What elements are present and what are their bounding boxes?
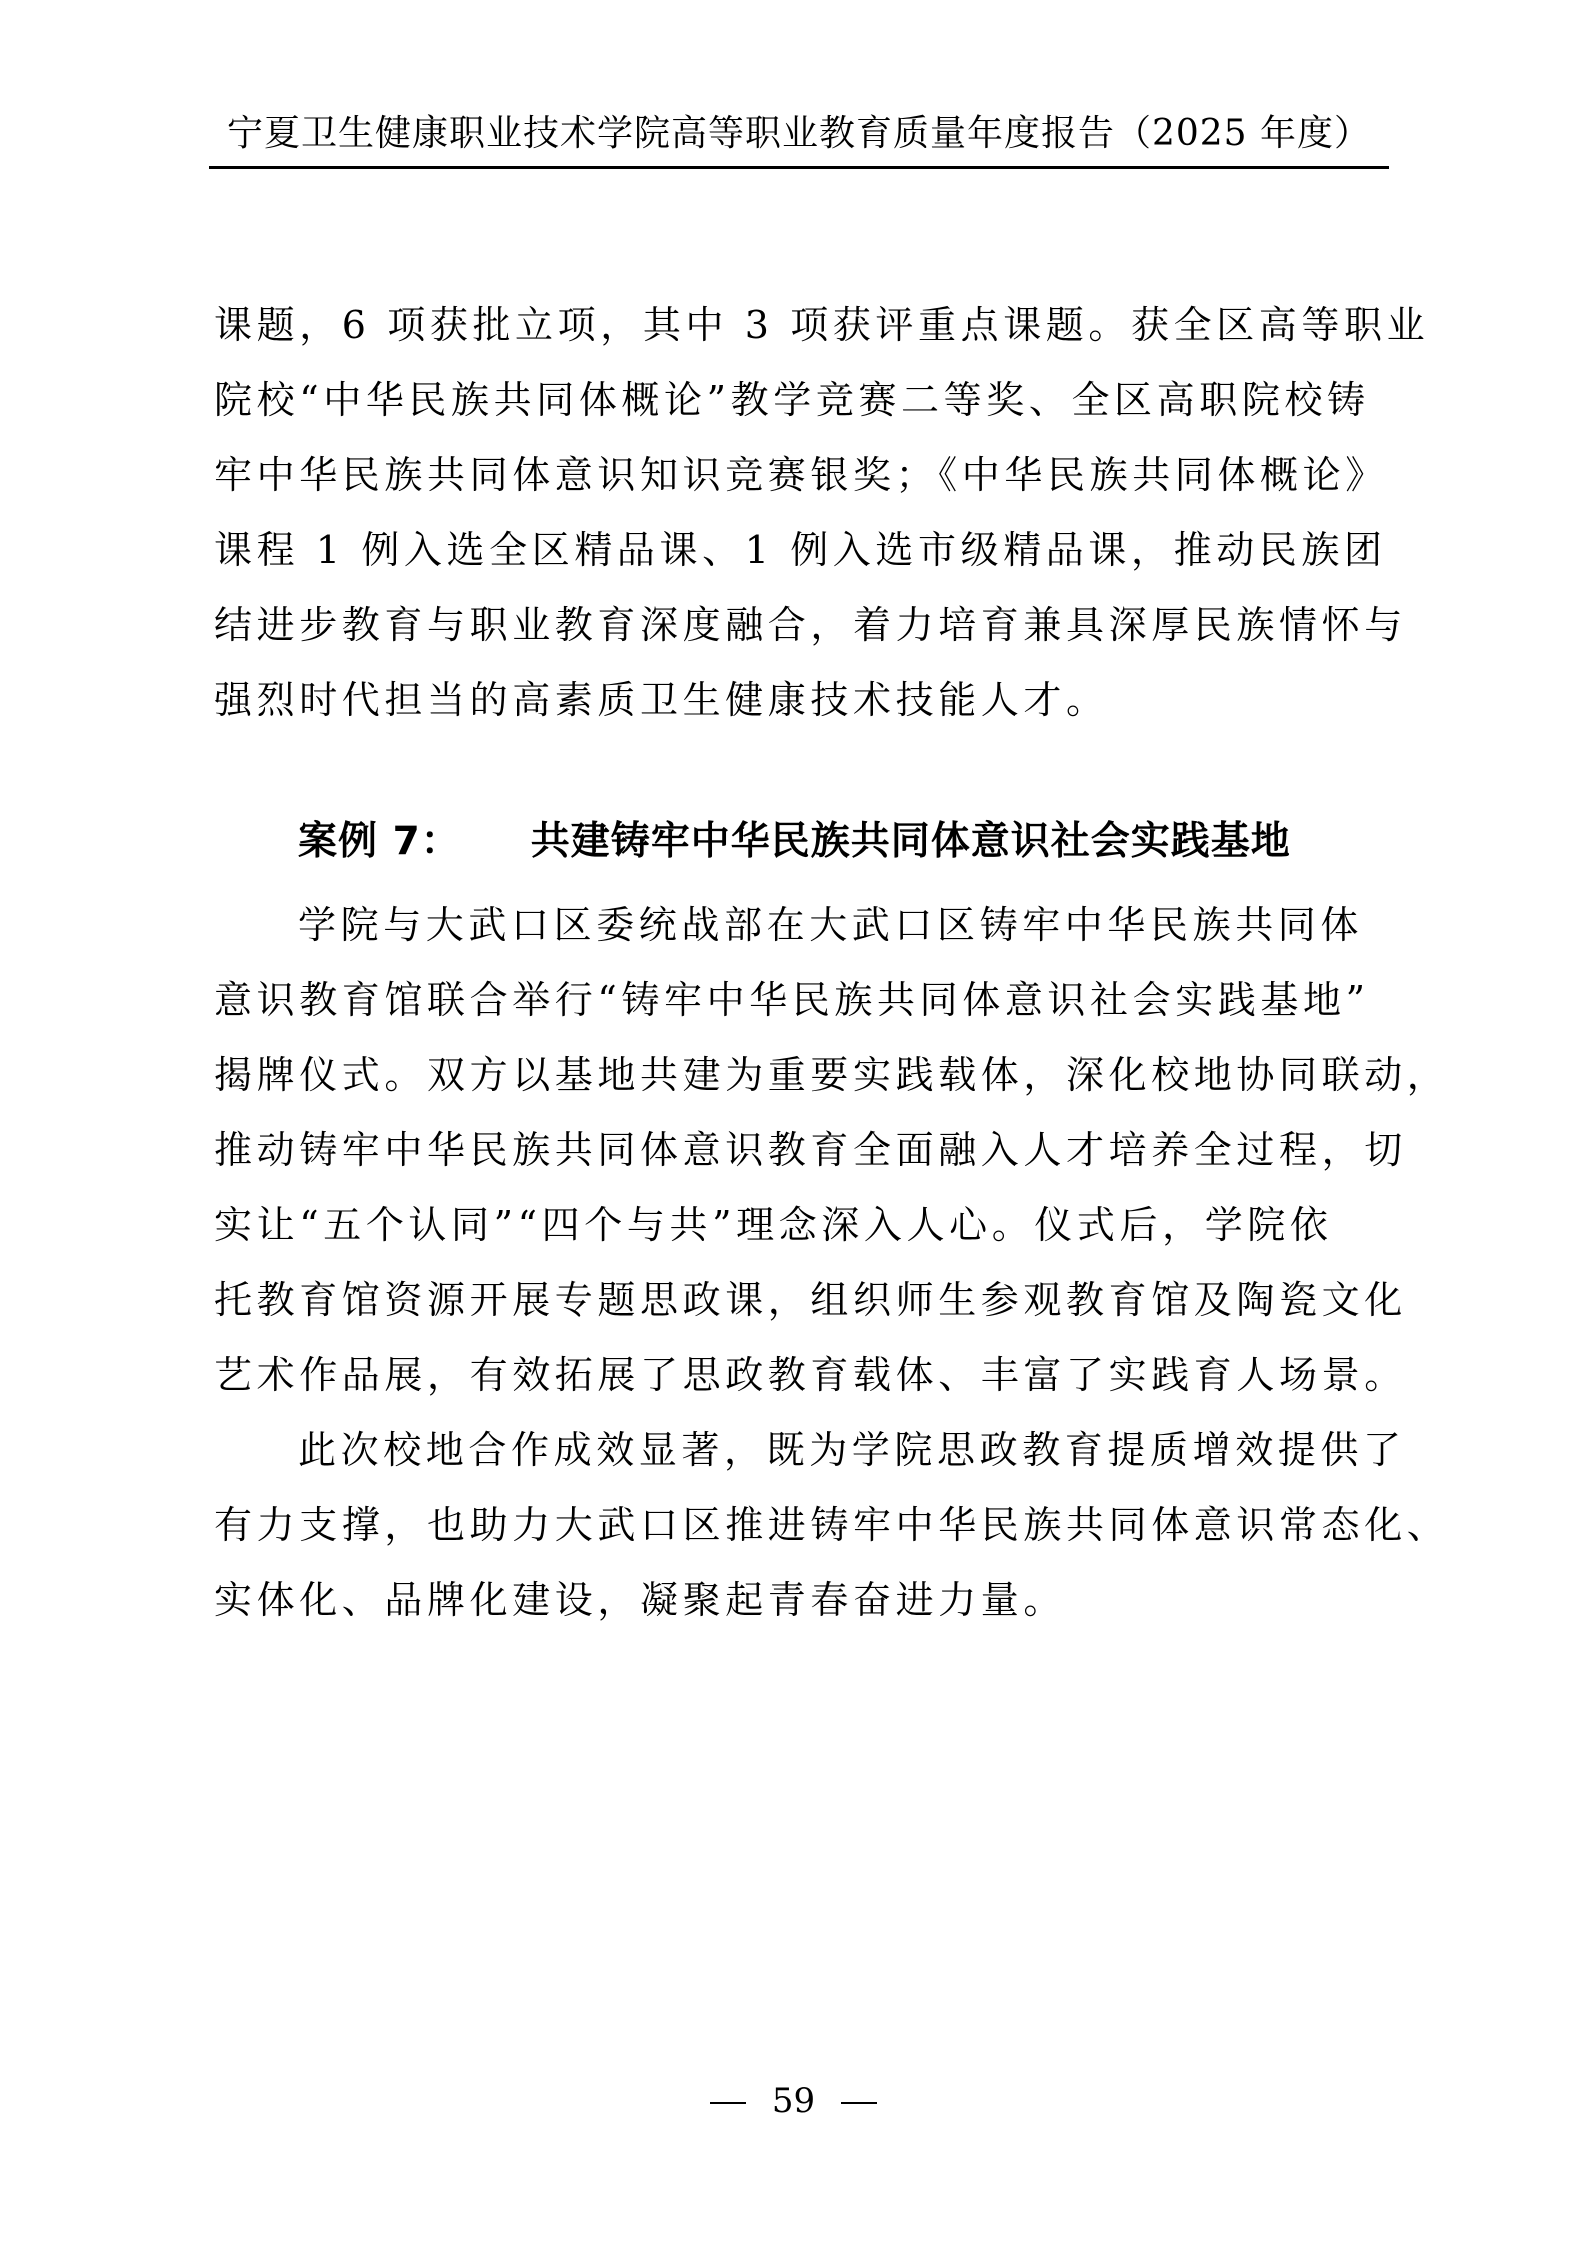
text-line: 课程 1 例入选全区精品课、1 例入选市级精品课，推动民族团 [214,513,1389,588]
text-line: 托教育馆资源开展专题思政课，组织师生参观教育馆及陶瓷文化 [214,1263,1389,1338]
case-title-text: 共建铸牢中华民族共同体意识社会实践基地 [531,819,1291,864]
case-heading: 案例 7：共建铸牢中华民族共同体意识社会实践基地 [298,812,1291,872]
text-line: 有力支撑，也助力大武口区推进铸牢中华民族共同体意识常态化、 [214,1488,1389,1563]
case-label: 案例 7： [298,819,461,864]
dash-decoration [710,2102,746,2104]
text-line: 此次校地合作成效显著，既为学院思政教育提质增效提供了 [214,1413,1389,1488]
page-number-footer: 59 [0,2076,1587,2126]
page-header-title: 宁夏卫生健康职业技术学院高等职业教育质量年度报告（2025 年度） [209,108,1389,160]
text-line: 院校“中华民族共同体概论”教学竞赛二等奖、全区高职院校铸 [214,363,1389,438]
case-paragraph-1: 学院与大武口区委统战部在大武口区铸牢中华民族共同体 意识教育馆联合举行“铸牢中华… [214,888,1389,1413]
text-line: 推动铸牢中华民族共同体意识教育全面融入人才培养全过程，切 [214,1113,1389,1188]
text-line: 牢中华民族共同体意识知识竞赛银奖；《中华民族共同体概论》 [214,438,1389,513]
text-line: 课题，6 项获批立项，其中 3 项获评重点课题。获全区高等职业 [214,288,1389,363]
text-line: 艺术作品展，有效拓展了思政教育载体、丰富了实践育人场景。 [214,1338,1389,1413]
text-line: 学院与大武口区委统战部在大武口区铸牢中华民族共同体 [214,888,1389,963]
text-line: 意识教育馆联合举行“铸牢中华民族共同体意识社会实践基地” [214,963,1389,1038]
page-number: 59 [772,2081,815,2121]
text-line: 强烈时代担当的高素质卫生健康技术技能人才。 [214,663,1389,738]
text-line: 揭牌仪式。双方以基地共建为重要实践载体，深化校地协同联动， [214,1038,1389,1113]
text-line: 实体化、品牌化建设，凝聚起青春奋进力量。 [214,1563,1389,1638]
continued-paragraph: 课题，6 项获批立项，其中 3 项获评重点课题。获全区高等职业 院校“中华民族共… [214,288,1389,738]
header-rule-divider [209,166,1389,169]
case-paragraph-2: 此次校地合作成效显著，既为学院思政教育提质增效提供了 有力支撑，也助力大武口区推… [214,1413,1389,1638]
text-line: 实让“五个认同”“四个与共”理念深入人心。仪式后，学院依 [214,1188,1389,1263]
text-line: 结进步教育与职业教育深度融合，着力培育兼具深厚民族情怀与 [214,588,1389,663]
dash-decoration [841,2102,877,2104]
